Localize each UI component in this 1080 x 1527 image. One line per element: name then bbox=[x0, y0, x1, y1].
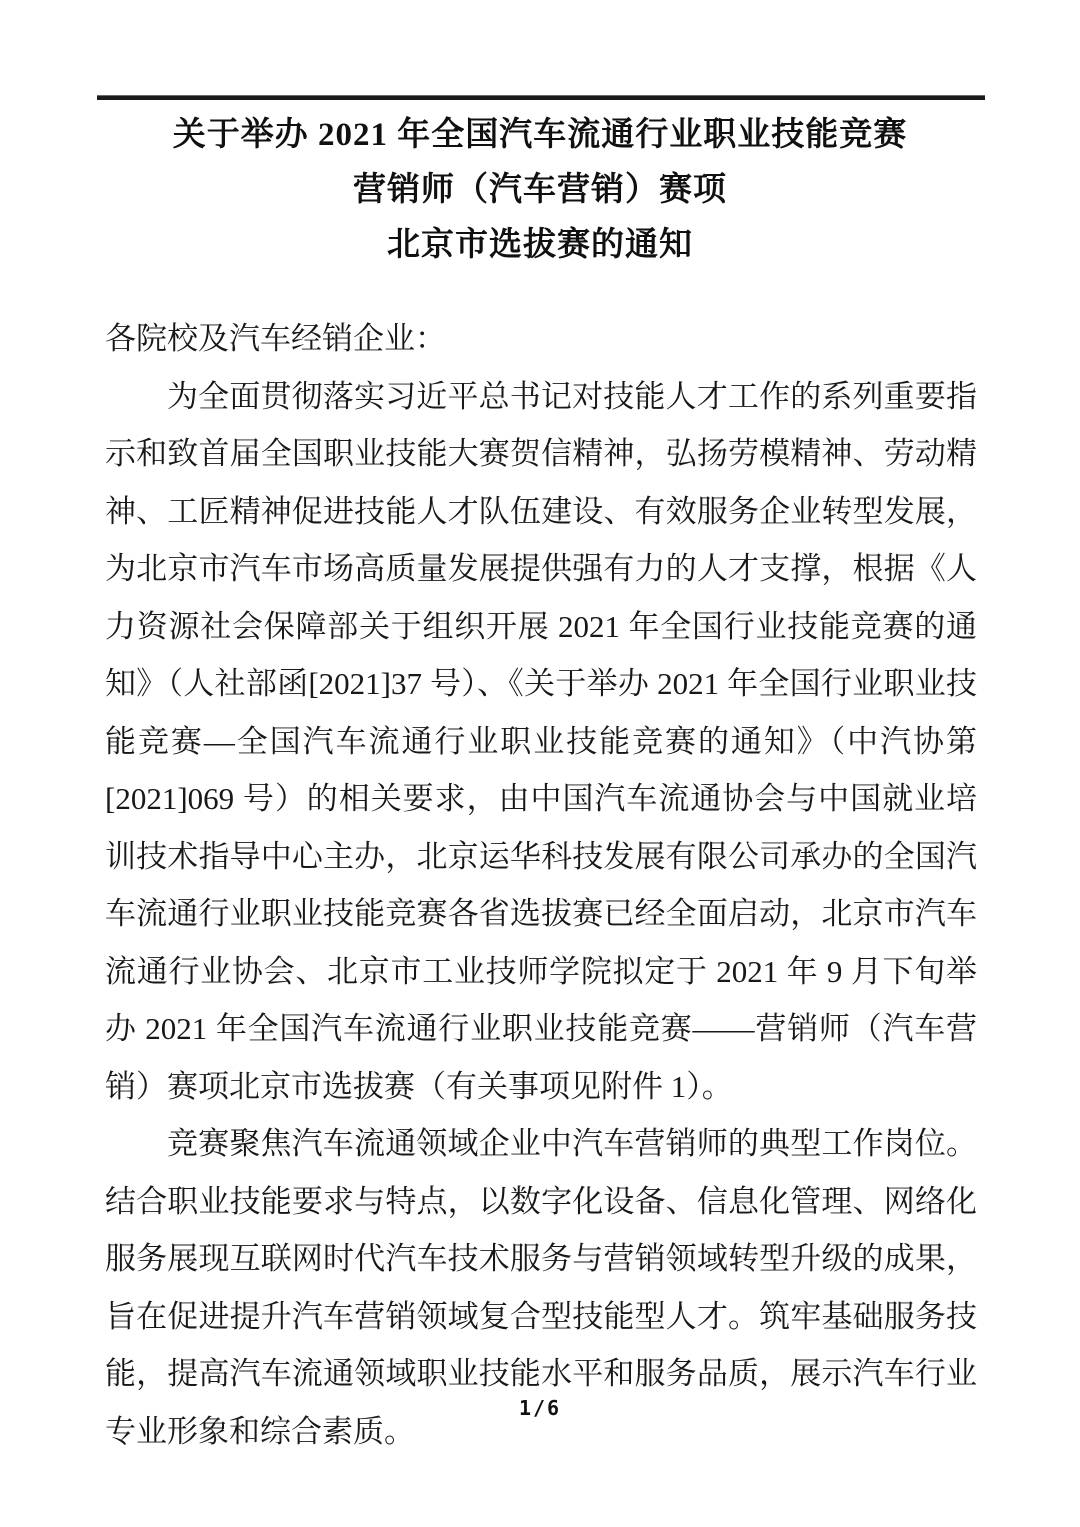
salutation-line: 各院校及汽车经销企业： bbox=[105, 310, 977, 368]
page-number: 1/6 bbox=[0, 1396, 1080, 1420]
document-title-line-1: 关于举办 2021 年全国汽车流通行业职业技能竞赛 bbox=[0, 108, 1080, 163]
document-title-line-2: 营销师（汽车营销）赛项 bbox=[0, 163, 1080, 218]
document-body: 各院校及汽车经销企业： 为全面贯彻落实习近平总书记对技能人才工作的系列重要指示和… bbox=[105, 310, 977, 1460]
document-title-line-3: 北京市选拔赛的通知 bbox=[0, 218, 1080, 273]
header-rule bbox=[97, 95, 985, 100]
document-title: 关于举办 2021 年全国汽车流通行业职业技能竞赛 营销师（汽车营销）赛项 北京… bbox=[0, 108, 1080, 273]
body-paragraph-1: 为全面贯彻落实习近平总书记对技能人才工作的系列重要指示和致首届全国职业技能大赛贺… bbox=[105, 368, 977, 1116]
document-page: 关于举办 2021 年全国汽车流通行业职业技能竞赛 营销师（汽车营销）赛项 北京… bbox=[0, 0, 1080, 1527]
